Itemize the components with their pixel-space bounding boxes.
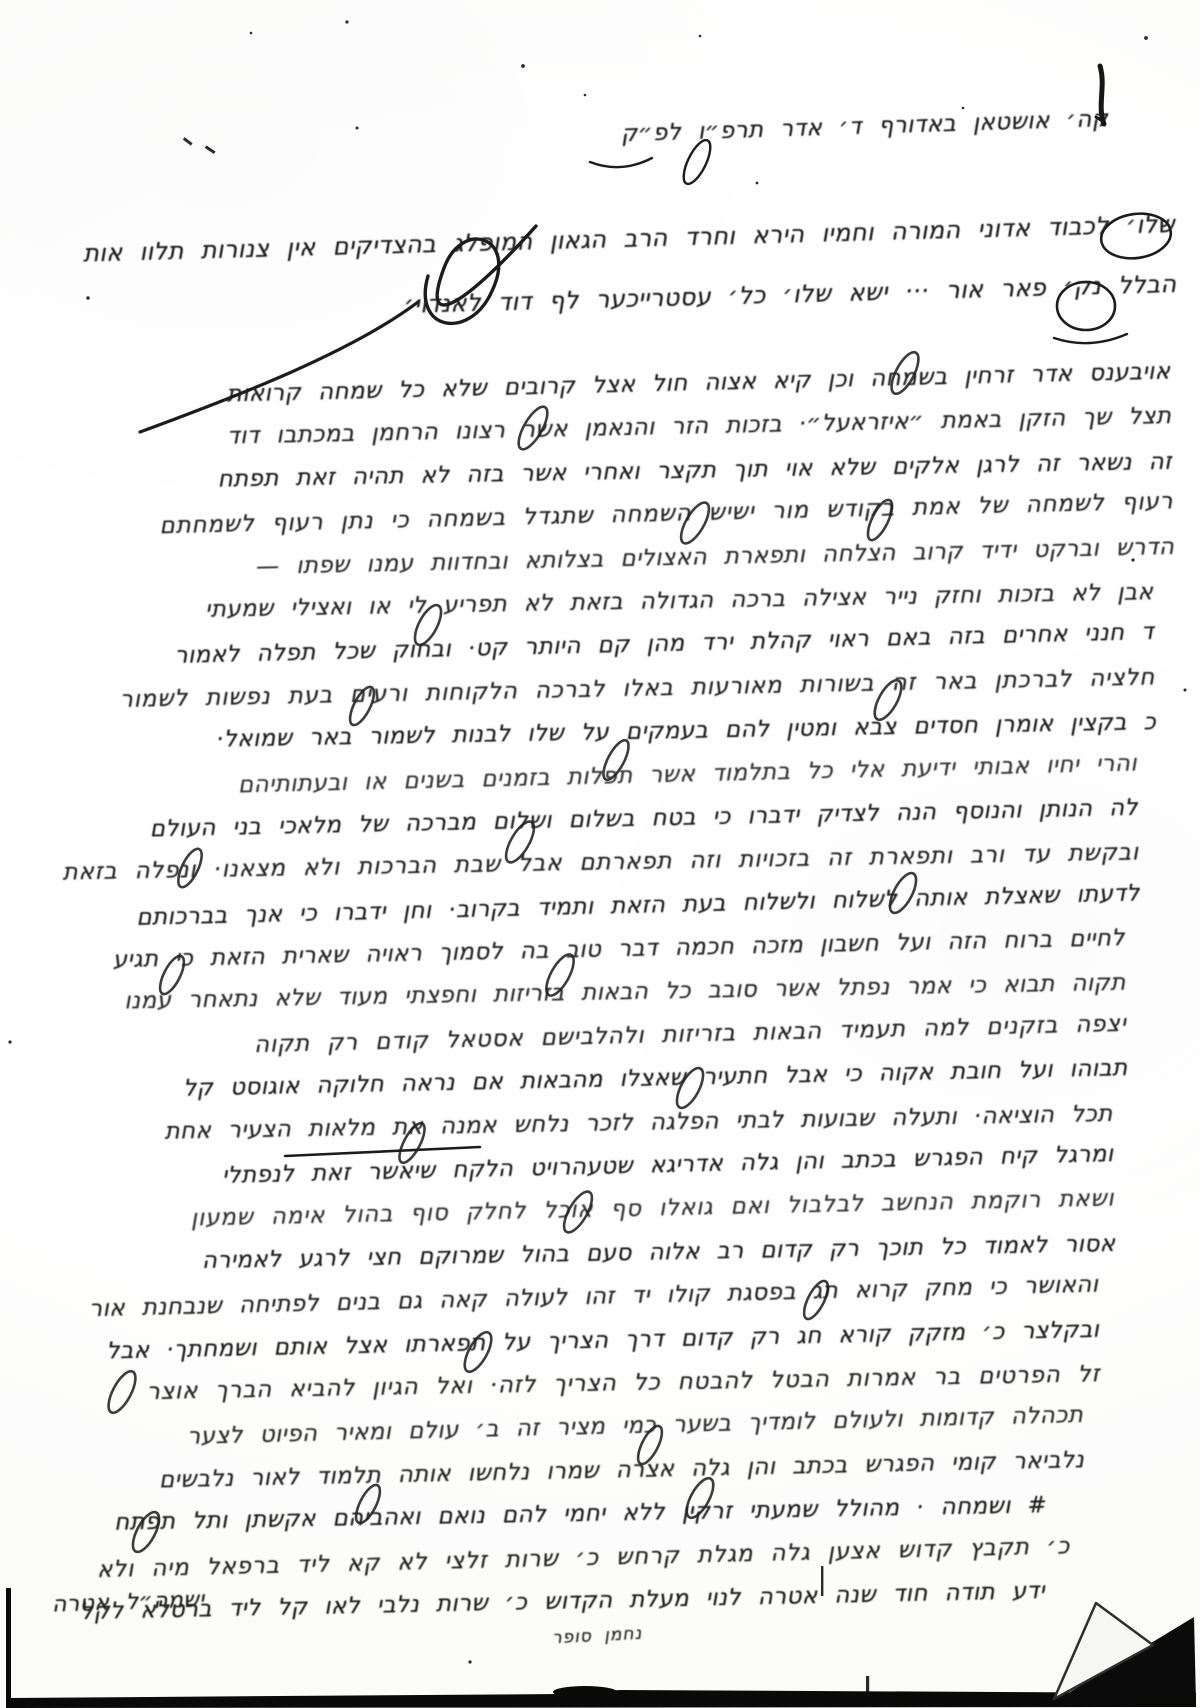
- letter-body: אויבענס אדר זרחין בשמחה וכן קיא אצוה חול…: [26, 352, 1197, 1635]
- closing-tail-fragment: ישמה״ל אטרה: [52, 1587, 205, 1617]
- salutation-block: שלו׳ לכבוד אדוני המורה וחמיו הירא וחרד ה…: [38, 194, 1177, 345]
- handwriting-ink-layer: קה׳ אושטאן באדורף ד׳ אדר תרפ״ו לפ״ק שלו׳…: [0, 0, 1200, 1708]
- signature: נחמן סופר: [552, 1624, 643, 1649]
- date-line: קה׳ אושטאן באדורף ד׳ אדר תרפ״ו לפ״ק: [578, 106, 1109, 149]
